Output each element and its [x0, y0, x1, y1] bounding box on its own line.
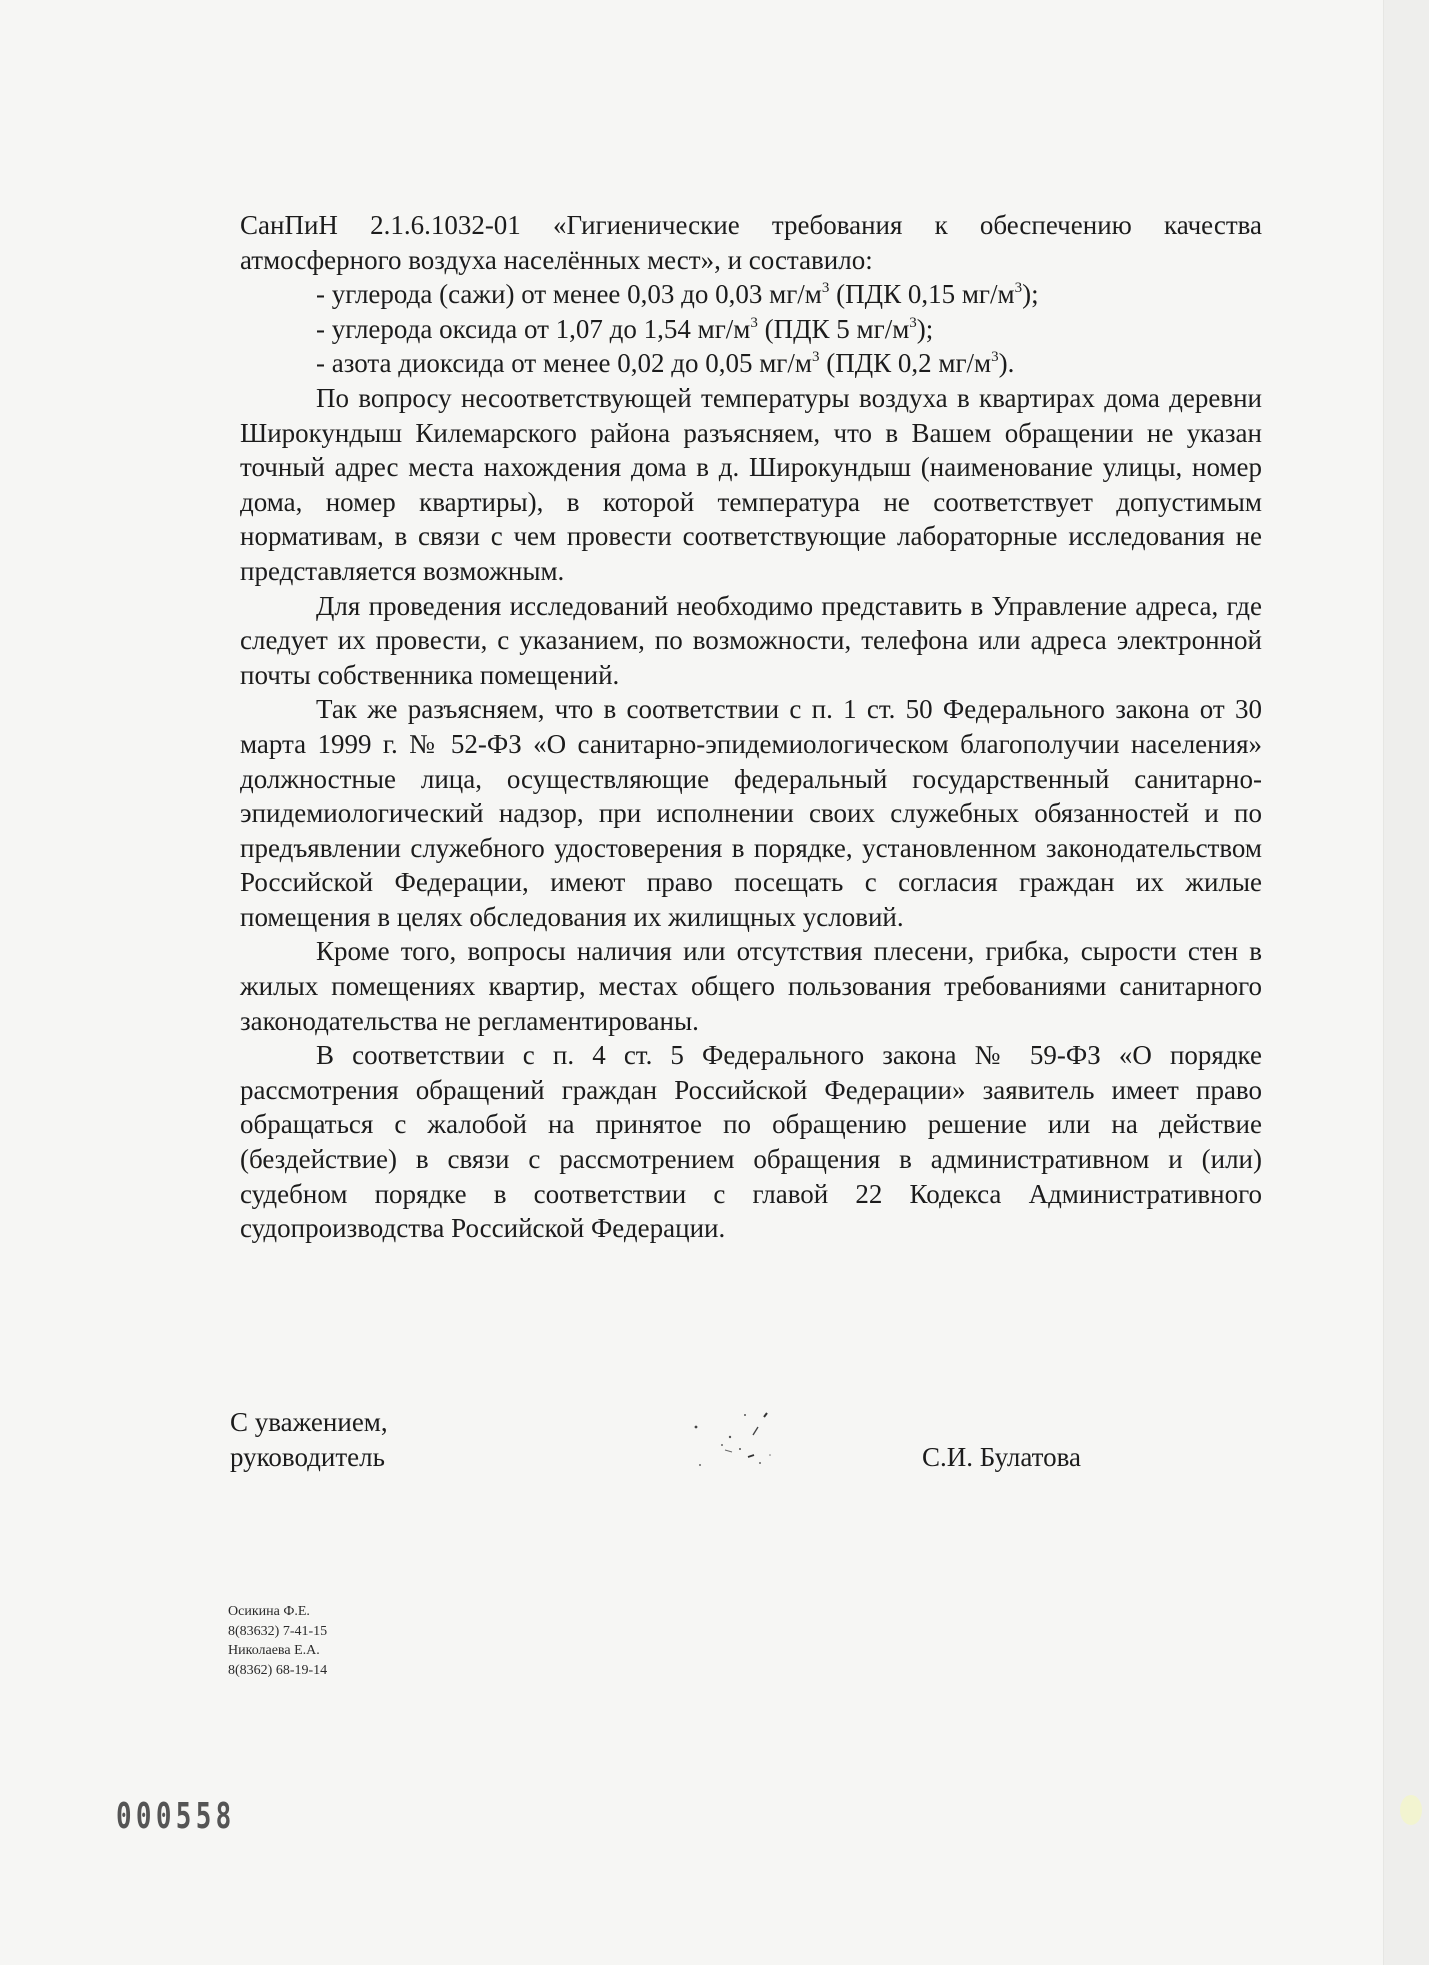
highlighter-mark — [1400, 1795, 1422, 1825]
signatory-name: С.И. Булатова — [922, 1440, 1081, 1475]
signature-scribble-icon — [670, 1405, 830, 1475]
letter-body: СанПиН 2.1.6.1032-01 «Гигиенические треб… — [240, 208, 1262, 1246]
contacts-block: Осикина Ф.Е. 8(83632) 7-41-15 Николаева … — [228, 1602, 327, 1680]
mold-paragraph: Кроме того, вопросы наличия или отсутств… — [240, 934, 1262, 1038]
signature-left: С уважением, руководитель — [230, 1405, 388, 1475]
document-stamp-number: 000558 — [116, 1796, 236, 1837]
research-paragraph: Для проведения исследований необходимо п… — [240, 589, 1262, 693]
law-52-paragraph: Так же разъясняем, что в соответствии с … — [240, 692, 1262, 934]
measurement-carbon-monoxide: - углерода оксида от 1,07 до 1,54 мг/м3 … — [240, 312, 1262, 347]
contact-name: Николаева Е.А. — [228, 1641, 327, 1661]
intro-paragraph: СанПиН 2.1.6.1032-01 «Гигиенические треб… — [240, 208, 1262, 277]
measurement-nitrogen-dioxide: - азота диоксида от менее 0,02 до 0,05 м… — [240, 346, 1262, 381]
page-edge — [1383, 0, 1429, 1965]
position-text: руководитель — [230, 1440, 388, 1475]
temperature-paragraph: По вопросу несоответствующей температуры… — [240, 381, 1262, 589]
closing-text: С уважением, — [230, 1405, 388, 1440]
measurement-soot: - углерода (сажи) от менее 0,03 до 0,03 … — [240, 277, 1262, 312]
law-59-paragraph: В соответствии с п. 4 ст. 5 Федерального… — [240, 1038, 1262, 1246]
contact-name: Осикина Ф.Е. — [228, 1602, 327, 1622]
contact-phone: 8(8362) 68-19-14 — [228, 1661, 327, 1681]
contact-phone: 8(83632) 7-41-15 — [228, 1622, 327, 1642]
